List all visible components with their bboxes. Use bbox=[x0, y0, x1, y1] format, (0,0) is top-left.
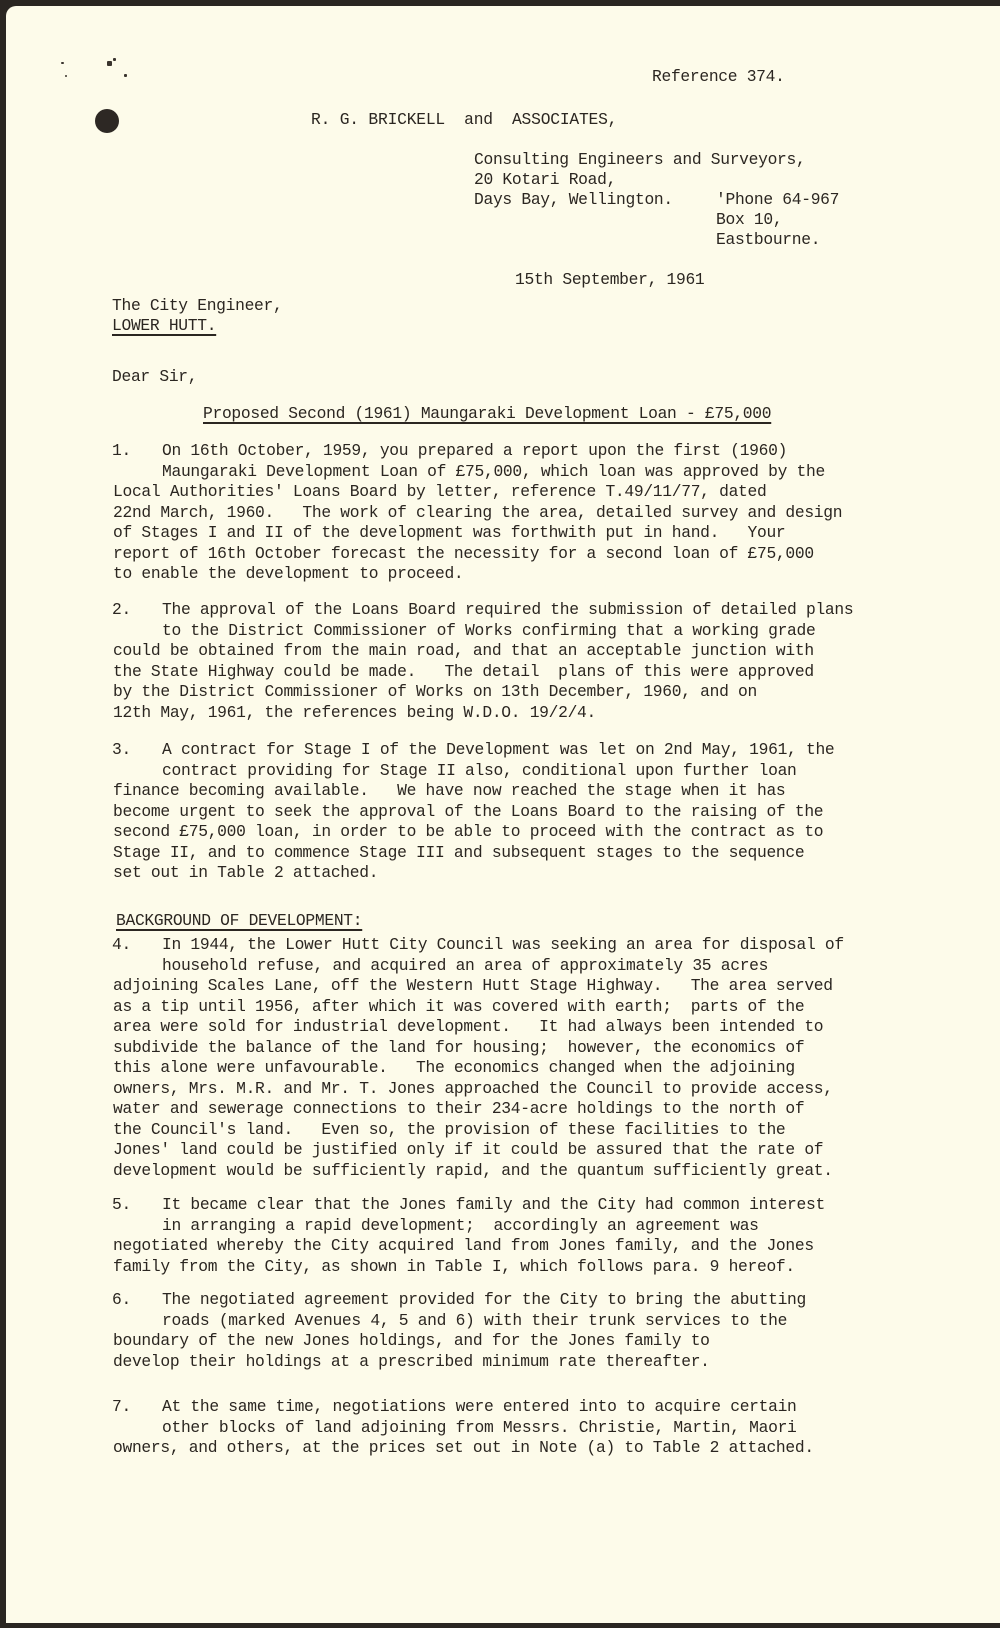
paragraph-line: In 1944, the Lower Hutt City Council was… bbox=[162, 935, 844, 955]
paragraph-line: On 16th October, 1959, you prepared a re… bbox=[162, 441, 787, 461]
paragraph-line: The negotiated agreement provided for th… bbox=[162, 1290, 806, 1310]
recipient-line: LOWER HUTT. bbox=[112, 316, 216, 336]
phone-number: 'Phone 64-967 bbox=[716, 190, 839, 210]
reference-number: Reference 374. bbox=[652, 67, 785, 87]
paragraph-line: owners, Mrs. M.R. and Mr. T. Jones appro… bbox=[113, 1079, 833, 1099]
paragraph-line: the State Highway could be made. The det… bbox=[113, 662, 814, 682]
paragraph-number: 5. bbox=[112, 1195, 131, 1215]
paragraph-line: family from the City, as shown in Table … bbox=[113, 1257, 795, 1277]
paragraph-number: 1. bbox=[112, 441, 131, 461]
letter-date: 15th September, 1961 bbox=[515, 270, 704, 290]
paragraph-line: in arranging a rapid development; accord… bbox=[162, 1216, 759, 1236]
paragraph-line: At the same time, negotiations were ente… bbox=[162, 1397, 797, 1417]
paragraph-line: boundary of the new Jones holdings, and … bbox=[113, 1331, 710, 1351]
paragraph-line: subdivide the balance of the land for ho… bbox=[113, 1038, 804, 1058]
paragraph-line: A contract for Stage I of the Developmen… bbox=[162, 740, 834, 760]
paragraph-line: by the District Commissioner of Works on… bbox=[113, 682, 757, 702]
ink-specks bbox=[61, 58, 131, 82]
address-line: Consulting Engineers and Surveyors, bbox=[474, 150, 805, 170]
paragraph-line: adjoining Scales Lane, off the Western H… bbox=[113, 976, 833, 996]
paragraph-line: contract providing for Stage II also, co… bbox=[162, 761, 797, 781]
paragraph-line: to the District Commissioner of Works co… bbox=[162, 621, 815, 641]
paragraph-line: development would be sufficiently rapid,… bbox=[113, 1161, 833, 1181]
paragraph-line: of Stages I and II of the development wa… bbox=[113, 523, 785, 543]
paragraph-line: Local Authorities' Loans Board by letter… bbox=[113, 482, 766, 502]
paragraph-line: owners, and others, at the prices set ou… bbox=[113, 1438, 814, 1458]
paragraph-line: report of 16th October forecast the nece… bbox=[113, 544, 814, 564]
paragraph-line: this alone were unfavourable. The econom… bbox=[113, 1058, 795, 1078]
paragraph-line: the Council's land. Even so, the provisi… bbox=[113, 1120, 785, 1140]
address-line: Days Bay, Wellington. bbox=[474, 190, 673, 210]
paragraph-line: to enable the development to proceed. bbox=[113, 564, 463, 584]
paragraph-line: develop their holdings at a prescribed m… bbox=[113, 1352, 710, 1372]
paragraph-number: 6. bbox=[112, 1290, 131, 1310]
paragraph-line: area were sold for industrial developmen… bbox=[113, 1017, 823, 1037]
address-line: 20 Kotari Road, bbox=[474, 170, 616, 190]
paragraph-line: become urgent to seek the approval of th… bbox=[113, 802, 823, 822]
box-line: Box 10, bbox=[716, 210, 782, 230]
paragraph-line: other blocks of land adjoining from Mess… bbox=[162, 1418, 797, 1438]
paragraph-line: Jones' land could be justified only if i… bbox=[113, 1140, 823, 1160]
paragraph-line: 22nd March, 1960. The work of clearing t… bbox=[113, 503, 842, 523]
salutation: Dear Sir, bbox=[112, 367, 197, 387]
paragraph-number: 3. bbox=[112, 740, 131, 760]
recipient-line: The City Engineer, bbox=[112, 296, 282, 316]
paragraph-line: as a tip until 1956, after which it was … bbox=[113, 997, 804, 1017]
paragraph-number: 2. bbox=[112, 600, 131, 620]
paragraph-line: roads (marked Avenues 4, 5 and 6) with t… bbox=[162, 1311, 787, 1331]
paragraph-line: The approval of the Loans Board required… bbox=[162, 600, 853, 620]
paragraph-line: finance becoming available. We have now … bbox=[113, 781, 785, 801]
paragraph-line: It became clear that the Jones family an… bbox=[162, 1195, 825, 1215]
paragraph-line: water and sewerage connections to their … bbox=[113, 1099, 804, 1119]
paragraph-number: 4. bbox=[112, 935, 131, 955]
paragraph-line: second £75,000 loan, in order to be able… bbox=[113, 822, 823, 842]
firm-name: R. G. BRICKELL and ASSOCIATES, bbox=[311, 110, 617, 130]
paragraph-line: set out in Table 2 attached. bbox=[113, 863, 378, 883]
section-heading: BACKGROUND OF DEVELOPMENT: bbox=[116, 911, 362, 931]
paragraph-line: 12th May, 1961, the references being W.D… bbox=[113, 703, 596, 723]
paragraph-line: household refuse, and acquired an area o… bbox=[162, 956, 768, 976]
punch-hole-mark bbox=[95, 109, 119, 133]
paragraph-line: negotiated whereby the City acquired lan… bbox=[113, 1236, 814, 1256]
box-line: Eastbourne. bbox=[716, 230, 820, 250]
paragraph-number: 7. bbox=[112, 1397, 131, 1417]
paragraph-line: Stage II, and to commence Stage III and … bbox=[113, 843, 804, 863]
subject-line: Proposed Second (1961) Maungaraki Develo… bbox=[203, 404, 771, 424]
paragraph-line: could be obtained from the main road, an… bbox=[113, 641, 814, 661]
paragraph-line: Maungaraki Development Loan of £75,000, … bbox=[162, 462, 825, 482]
